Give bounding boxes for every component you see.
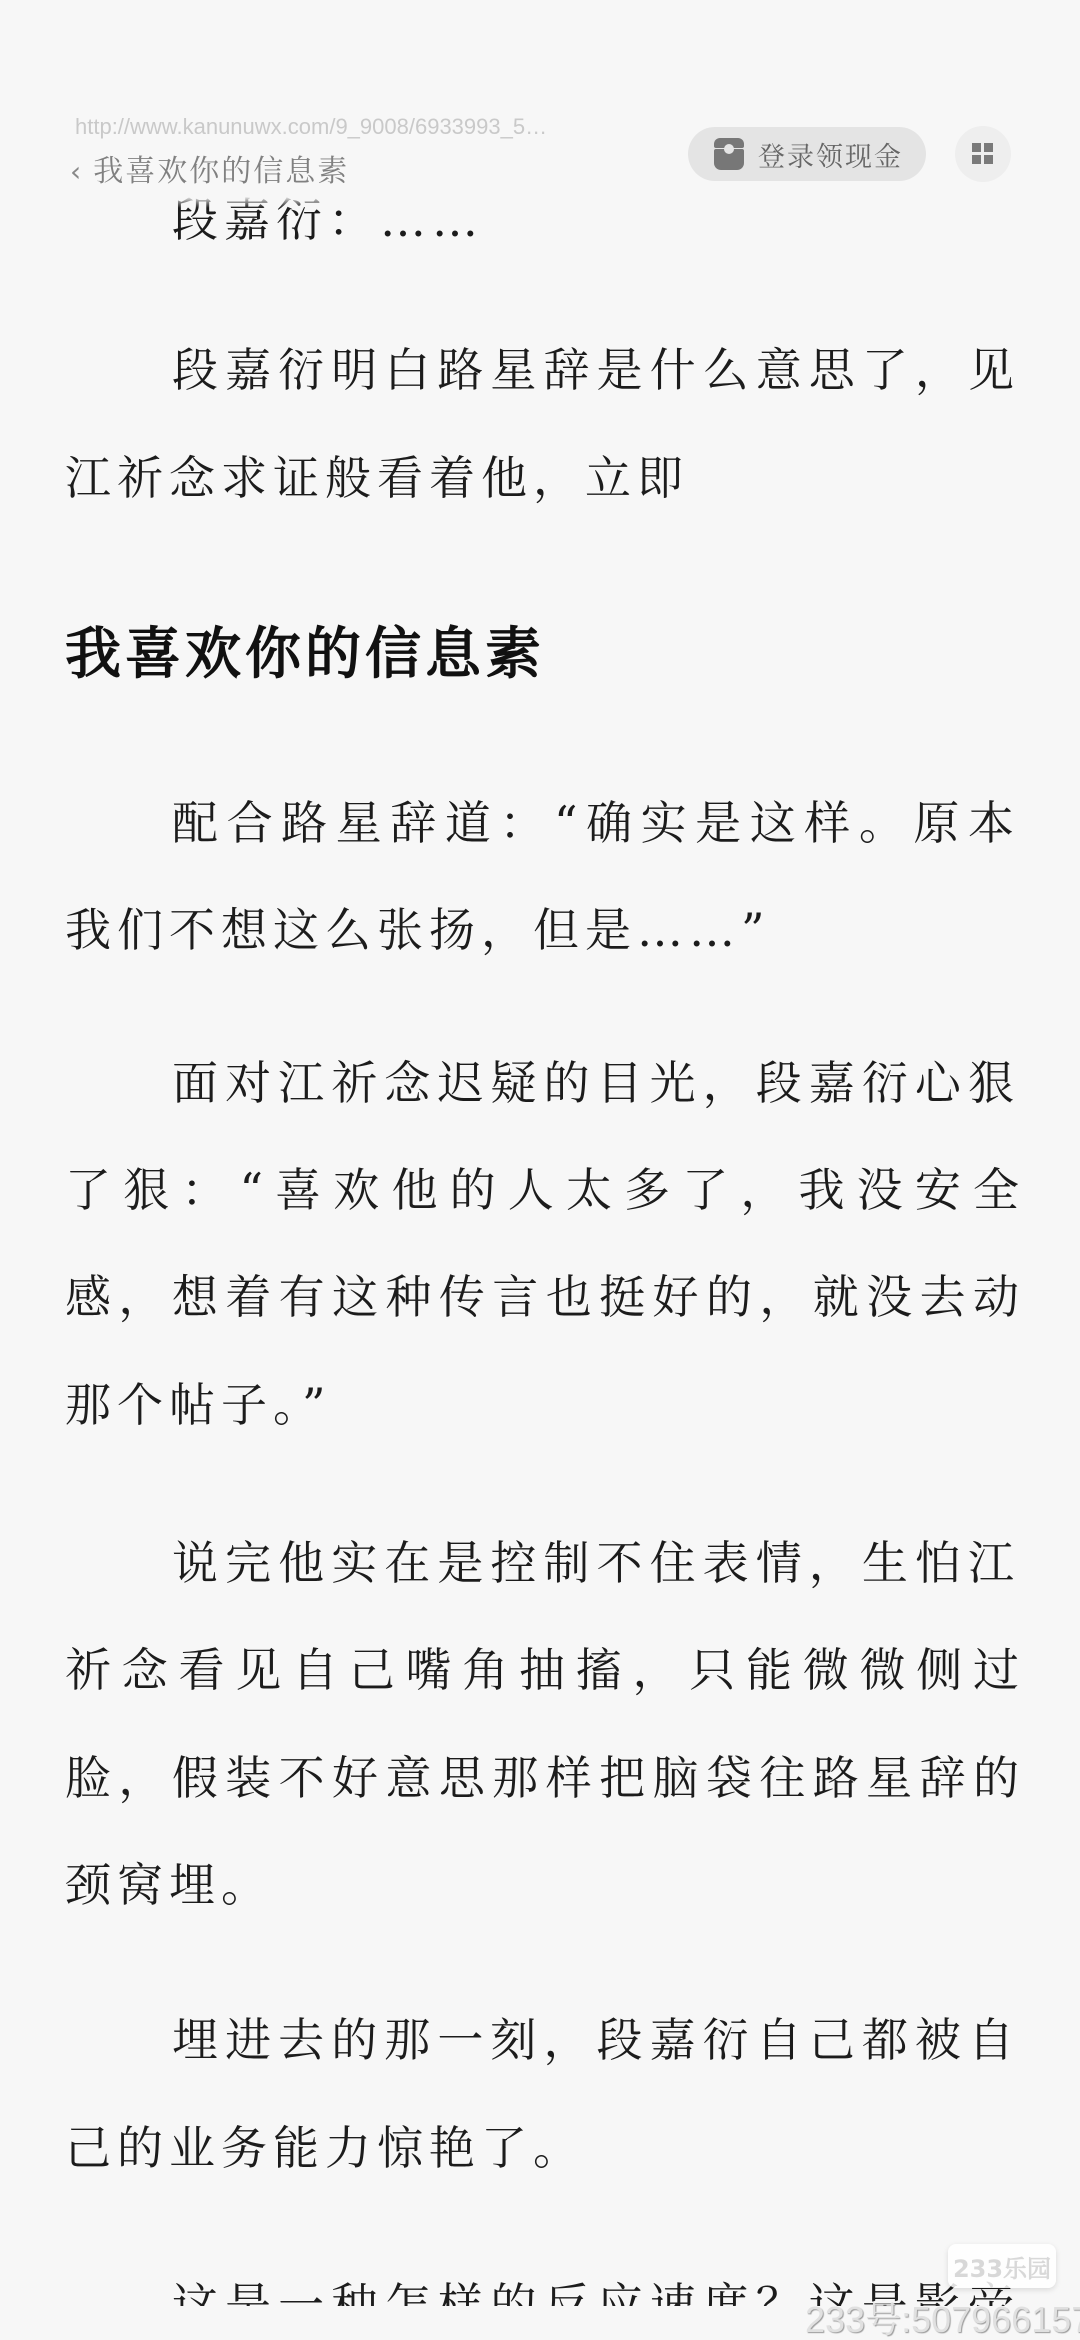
- watermark-id: 233号:507966157: [805, 2292, 1080, 2340]
- chevron-left-icon: ‹: [70, 152, 81, 192]
- back-button[interactable]: ‹ 我喜欢你的信息素: [70, 152, 349, 192]
- bottom-clip: 这是一种怎样的反应速度？这是影帝: [0, 0, 1080, 2306]
- login-cash-label: 登录领现金: [758, 135, 903, 174]
- book-title: 我喜欢你的信息素: [93, 152, 349, 192]
- menu-grid-button[interactable]: [955, 126, 1011, 182]
- login-cash-button[interactable]: 登录领现金: [688, 127, 926, 181]
- grid-icon: [955, 126, 1011, 182]
- watermark-badge: 233乐园: [948, 2244, 1056, 2288]
- reader-page[interactable]: 段嘉衍：…… 段嘉衍明白路星辞是什么意思了，见 江祈念求证般看着他，立即 我喜欢…: [0, 0, 1080, 2340]
- page-url: http://www.kanunuwx.com/9_9008/6933993_5…: [75, 114, 547, 140]
- wallet-icon: [714, 138, 744, 170]
- reader-header: http://www.kanunuwx.com/9_9008/6933993_5…: [0, 0, 1080, 208]
